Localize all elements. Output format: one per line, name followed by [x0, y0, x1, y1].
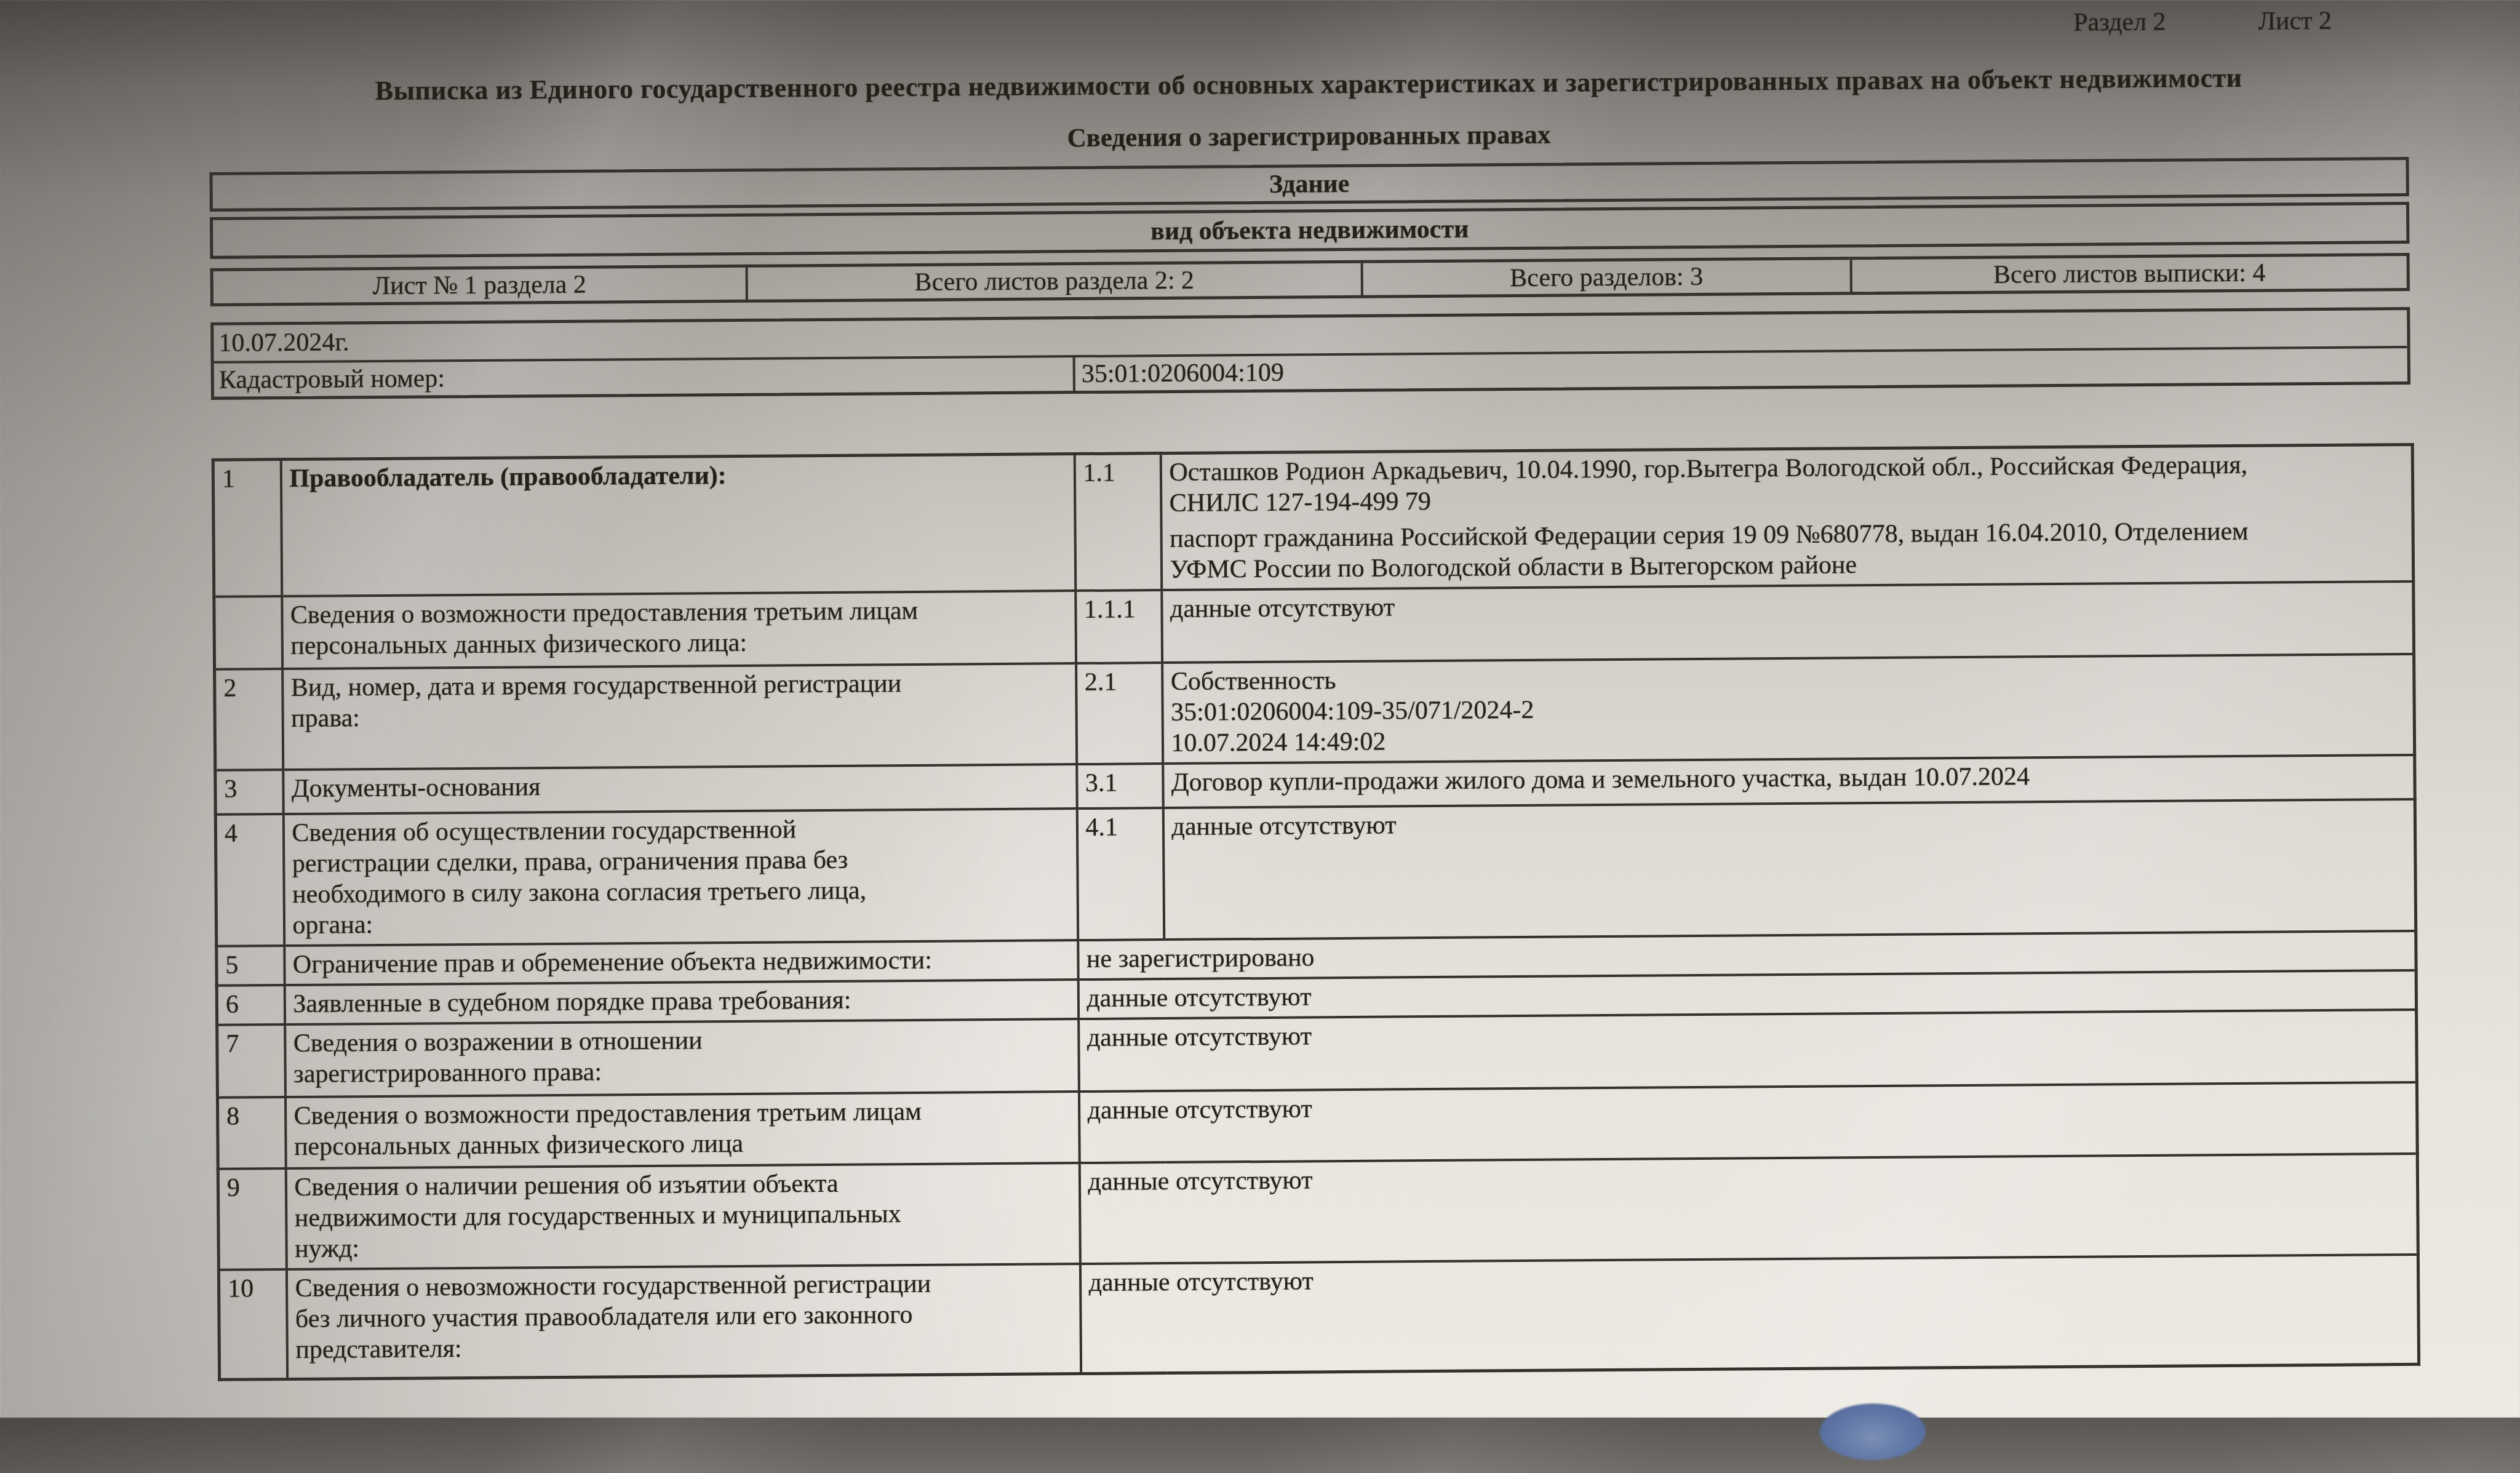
row-label: Правообладатель (правообладатели):	[281, 454, 1075, 597]
row-label: Сведения о возможности предоставления тр…	[285, 1092, 1079, 1168]
document-title: Выписка из Единого государственного реес…	[209, 61, 2408, 108]
table-row: 1 Правообладатель (правообладатели): 1.1…	[213, 444, 2413, 596]
row-label: Сведения о возможности предоставления тр…	[282, 591, 1076, 669]
row-number: 7	[217, 1024, 285, 1098]
document-body: Здание вид объекта недвижимости Лист № 1…	[209, 157, 2417, 1381]
row-number	[214, 596, 282, 669]
sheet-info-cell: Всего разделов: 3	[1361, 257, 1850, 298]
row-value: данные отсутствуют	[1162, 581, 2414, 663]
row-value: Собственность 35:01:0206004:109-35/071/2…	[1162, 654, 2415, 764]
row-value: данные отсутствуют	[1163, 799, 2415, 940]
row-value: Осташков Родион Аркадьевич, 10.04.1990, …	[1160, 444, 2414, 590]
row-number: 6	[217, 985, 284, 1025]
row-label: Заявленные в судебном порядке права треб…	[284, 980, 1078, 1024]
document-subtitle: Сведения о зарегистрированных правах	[209, 114, 2409, 159]
row-value: данные отсутствуют	[1080, 1255, 2418, 1373]
sheet-label: Лист 2	[2258, 6, 2332, 36]
cadastral-value: 35:01:0206004:109	[1075, 358, 1284, 389]
row-number: 5	[217, 946, 284, 986]
rightholder-person: Осташков Родион Аркадьевич, 10.04.1990, …	[1169, 449, 2404, 519]
row-subnumber: 1.1.1	[1075, 590, 1162, 663]
sheet-info-cell: Всего листов выписки: 4	[1850, 253, 2410, 295]
section-label: Раздел 2	[2073, 7, 2166, 38]
cadastral-label: Кадастровый номер:	[214, 357, 1075, 397]
row-subnumber: 1.1	[1074, 453, 1162, 591]
scanned-document: Раздел 2 Лист 2 Выписка из Единого госуд…	[0, 0, 2520, 1418]
object-type-caption: вид объекта недвижимости	[210, 202, 2409, 259]
stamp-partial-icon	[1820, 1403, 1926, 1418]
row-subnumber: 3.1	[1077, 764, 1163, 808]
row-number: 9	[218, 1168, 286, 1270]
row-label: Сведения о наличии решения об изъятии об…	[285, 1163, 1080, 1269]
row-subnumber: 4.1	[1077, 808, 1163, 940]
row-label: Вид, номер, дата и время государственной…	[282, 663, 1077, 770]
row-label: Сведения о возражении в отношении зареги…	[285, 1019, 1079, 1097]
registered-rights-table: 1 Правообладатель (правообладатели): 1.1…	[212, 443, 2420, 1381]
row-number: 10	[218, 1269, 287, 1379]
row-label: Сведения о невозможности государственной…	[286, 1264, 1080, 1379]
row-number: 2	[215, 669, 283, 770]
row-subnumber: 2.1	[1076, 663, 1163, 764]
sheet-info-cell: Всего листов раздела 2: 2	[746, 260, 1361, 303]
row-number: 8	[217, 1097, 285, 1169]
meta-block: 10.07.2024г. Кадастровый номер: 35:01:02…	[210, 307, 2410, 400]
sheet-info-cell: Лист № 1 раздела 2	[210, 265, 746, 306]
sheet-info-row: Лист № 1 раздела 2 Всего листов раздела …	[210, 253, 2410, 306]
row-label: Документы-основания	[283, 764, 1077, 814]
row-number: 3	[215, 770, 283, 815]
row-label: Сведения об осуществлении государственно…	[283, 808, 1077, 946]
object-type: Здание	[209, 157, 2409, 212]
row-number: 1	[213, 460, 282, 597]
table-row: 2 Вид, номер, дата и время государственн…	[215, 654, 2415, 770]
rightholder-passport: паспорт гражданина Российской Федерации …	[1170, 515, 2404, 585]
table-row: 9 Сведения о наличии решения об изъятии …	[218, 1154, 2418, 1270]
row-label: Ограничение прав и обременение объекта н…	[284, 940, 1078, 985]
page-corner-labels: Раздел 2 Лист 2	[2073, 6, 2332, 38]
row-number: 4	[215, 814, 284, 946]
table-row: 10 Сведения о невозможности государствен…	[218, 1255, 2418, 1379]
row-value: данные отсутствуют	[1079, 1154, 2418, 1264]
row-value: данные отсутствуют	[1079, 1082, 2417, 1163]
table-row: 4 Сведения об осуществлении государствен…	[215, 799, 2415, 946]
row-value: данные отсутствуют	[1079, 1010, 2417, 1092]
